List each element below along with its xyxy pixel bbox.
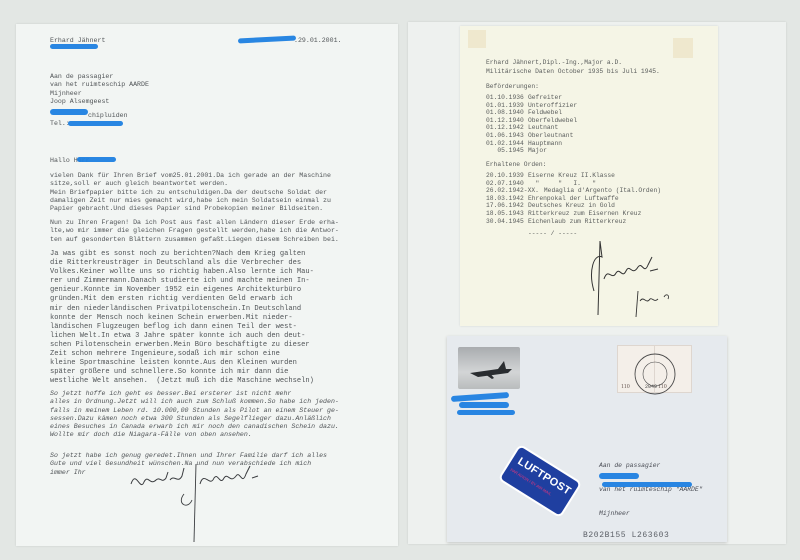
tape-mark [673,38,693,58]
list-item-date: 01.01.1939 [486,102,528,110]
recipient-line: Joop Alsemgeest [50,98,149,106]
list-item: 01.08.1940Feldwebel [486,109,577,117]
letter-page: Erhard Jähnert .29.01.2001. Aan de passa… [16,24,398,546]
list-item-date: 18.05.1943 [486,210,528,218]
promotions-list: 01.10.1936Gefreiter01.01.1939Unteroffizi… [486,94,577,155]
list-item-date: 01.10.1936 [486,94,528,102]
list-item: 01.01.1939Unteroffizier [486,102,577,110]
aircraft-photo [458,347,520,389]
sheet-header: Erhard Jähnert,Dipl.-Ing.,Major a.D. [486,59,622,67]
recipient-city: chipluiden [88,112,128,120]
list-item-label: Feldwebel [528,109,562,117]
letter-paragraph: So jetzt hoffe ich geht es besser.Bei er… [50,390,339,440]
list-item: 17.06.1942Deutsches Kreuz in Gold [486,202,661,210]
list-item: 20.10.1939Eiserne Kreuz II.Klasse [486,172,661,180]
list-item-date: 17.06.1942 [486,202,528,210]
list-item: 01.10.1936Gefreiter [486,94,577,102]
redaction-mark [238,35,296,43]
list-item: 18.05.1943Ritterkreuz zum Eisernen Kreuz [486,210,661,218]
list-item-label: Gefreiter [528,94,562,102]
list-item: 02.07.1940 " " I. " [486,180,661,188]
airmail-envelope: 110 110 2049 LUFTPOST PAR AVION / BY AIR… [447,336,727,542]
envelope-address: Aan de passagier van het ruimteschip "AA… [599,446,703,534]
redaction-mark [451,392,509,402]
redaction-mark [459,402,509,408]
redaction-mark [50,44,98,49]
svg-text:2049: 2049 [645,384,657,390]
signature-icon [126,464,296,544]
redaction-mark [457,410,515,415]
list-item-date: 18.03.1942 [486,195,528,203]
list-item-date: 02.07.1940 [486,180,528,188]
letter-paragraph: Ja was gibt es sonst noch zu berichten?N… [50,250,314,386]
phone-label: Tel.: [50,120,70,128]
redaction-mark [602,482,692,487]
list-item: 26.02.1942-XX.Medaglia d'Argento (Ital.O… [486,187,661,195]
list-item-label: Oberleutnant [528,132,573,140]
list-item-label: Ehrenpokal der Luftwaffe [528,195,619,203]
list-item-label: Unteroffizier [528,102,577,110]
envelope-barcode: B202B155 L263603 [583,531,669,540]
luftpost-label: LUFTPOST PAR AVION / BY AIR MAIL [500,446,580,515]
list-item-label: Eichenlaub zum Ritterkreuz [528,218,626,226]
recipient-line: Aan de passagier [50,73,149,81]
list-item-date: 01.06.1943 [486,132,528,140]
list-item: 01.02.1944Hauptmann [486,140,577,148]
list-item-date: 01.12.1942 [486,124,528,132]
tape-mark [468,30,486,48]
redaction-mark [68,121,123,126]
recipient-line: van het ruimteschip AARDE [50,81,149,89]
recipient-line: Mijnheer [50,90,149,98]
awards-heading: Erhaltene Orden: [486,161,546,169]
list-item-label: Major [528,147,547,155]
military-data-sheet: Erhard Jähnert,Dipl.-Ing.,Major a.D. Mil… [460,26,718,326]
sheet-subtitle: Militärische Daten October 1935 bis Juli… [486,68,660,76]
list-item-label: " " I. " [528,180,596,188]
awards-list: 20.10.1939Eiserne Kreuz II.Klasse02.07.1… [486,172,661,225]
redaction-mark [599,473,639,479]
letter-paragraph: Nun zu Ihren Fragen! Da ich Post aus fas… [50,219,339,244]
letter-paragraph: vielen Dank für Ihren Brief vom25.01.200… [50,172,331,213]
list-item: 01.12.1940Oberfeldwebel [486,117,577,125]
promotions-heading: Beförderungen: [486,83,539,91]
list-item: 18.03.1942Ehrenpokal der Luftwaffe [486,195,661,203]
list-item-date: 01.02.1944 [486,140,528,148]
list-item-label: Medaglia d'Argento (Ital.Orden) [544,187,661,195]
list-item-date: 30.04.1945 [486,218,528,226]
list-item-label: Oberfeldwebel [528,117,577,125]
list-item: 01.06.1943Oberleutnant [486,132,577,140]
list-item-date: 01.12.1940 [486,117,528,125]
list-item-label: Deutsches Kreuz in Gold [528,202,615,210]
list-item-date: 05.1945 [486,147,528,155]
list-item: 01.12.1942Leutnant [486,124,577,132]
list-item-label: Eiserne Kreuz II.Klasse [528,172,615,180]
redaction-mark [77,157,116,162]
list-item-date: 20.10.1939 [486,172,528,180]
list-item: 05.1945Major [486,147,577,155]
list-item-date: 01.08.1940 [486,109,528,117]
redaction-mark [50,109,88,115]
letter-recipient-block: Aan de passagier van het ruimteschip AAR… [50,73,149,106]
separator-line: ----- / ----- [528,230,577,238]
signature-icon [580,231,690,321]
list-item: 30.04.1945Eichenlaub zum Ritterkreuz [486,218,661,226]
list-item-label: Ritterkreuz zum Eisernen Kreuz [528,210,641,218]
list-item-date: 26.02.1942-XX. [486,187,539,195]
list-item-label: Hauptmann [528,140,562,148]
list-item-label: Leutnant [528,124,558,132]
postmark-icon: 2049 [625,350,685,400]
letter-date: .29.01.2001. [294,37,341,45]
aircraft-icon [458,347,520,389]
